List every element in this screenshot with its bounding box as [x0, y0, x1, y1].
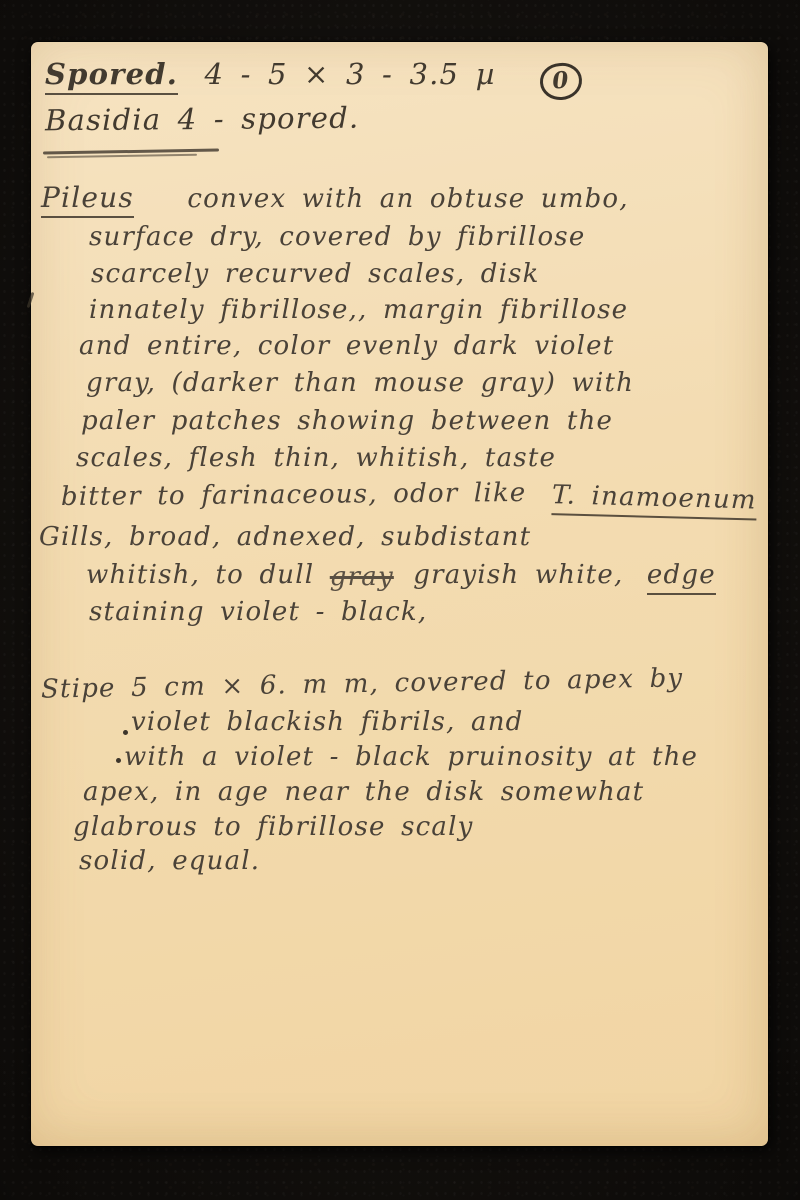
- gills-text-2c-underlined: edge: [647, 561, 716, 595]
- stipe-text-3: with a violet - black pruinosity at the: [124, 743, 698, 773]
- stipe-line-1: Stipe 5 cm × 6. m m, covered to apex by: [41, 664, 684, 705]
- stipe-line-3: with a violet - black pruinosity at the: [124, 743, 698, 773]
- spore-measurement: 4 - 5 × 3 - 3.5 µ: [205, 58, 496, 91]
- stipe-text-1: Stipe 5 cm × 6. m m, covered to apex by: [41, 664, 684, 705]
- index-card: Spored. 4 - 5 × 3 - 3.5 µ 0 Basidia 4 - …: [31, 42, 768, 1146]
- stipe-text-6: solid, equal.: [79, 847, 260, 877]
- margin-mark: [27, 292, 35, 308]
- pileus-heading: Pileus: [41, 182, 134, 218]
- circled-zero-annotation: 0: [539, 61, 583, 101]
- stipe-text-5: glabrous to fibrillose scaly: [73, 813, 474, 843]
- basidia-line: Basidia 4 - spored.: [45, 102, 360, 138]
- stipe-line-2: violet blackish fibrils, and: [131, 708, 524, 738]
- pileus-text-6: gray, (darker than mouse gray) with: [86, 369, 634, 399]
- pileus-text-4: innately fibrillose,, margin fibrillose: [89, 296, 628, 326]
- pileus-line-1: Pileus convex with an obtuse umbo,: [41, 182, 629, 218]
- struck-out-word: gray: [330, 563, 394, 593]
- species-reference: T. inamoenum: [551, 481, 757, 520]
- spores-line: Spored. 4 - 5 × 3 - 3.5 µ 0: [45, 58, 582, 96]
- ink-dot-2: [116, 758, 121, 763]
- stipe-line-5: glabrous to fibrillose scaly: [73, 813, 474, 843]
- pileus-line-8: scales, flesh thin, whitish, taste: [76, 444, 556, 474]
- stipe-text-2: violet blackish fibrils, and: [131, 708, 524, 738]
- pileus-text-7: paler patches showing between the: [81, 407, 613, 437]
- pileus-line-6: gray, (darker than mouse gray) with: [86, 369, 634, 399]
- pileus-line-5: and entire, color evenly dark violet: [79, 332, 614, 362]
- gills-text-2a: whitish, to dull: [86, 561, 314, 591]
- gills-text-1: Gills, broad, adnexed, subdistant: [39, 523, 531, 553]
- stipe-line-6: solid, equal.: [79, 847, 260, 877]
- pileus-text-2: surface dry, covered by fibrillose: [89, 223, 585, 253]
- gills-line-3: staining violet - black,: [89, 598, 427, 628]
- stipe-line-4: apex, in age near the disk somewhat: [83, 778, 644, 808]
- basidia-text: Basidia 4 - spored.: [45, 102, 360, 138]
- pileus-text-3: scarcely recurved scales, disk: [91, 260, 540, 290]
- pileus-line-9: bitter to farinaceous, odor like T. inam…: [61, 477, 757, 517]
- pileus-text-1: convex with an obtuse umbo,: [187, 185, 628, 215]
- stipe-text-4: apex, in age near the disk somewhat: [83, 778, 644, 808]
- ink-dot: [123, 730, 128, 735]
- spores-label: Spored.: [45, 58, 178, 95]
- gills-line-1: Gills, broad, adnexed, subdistant: [39, 523, 531, 553]
- gills-line-2: whitish, to dull gray grayish white, edg…: [86, 561, 716, 595]
- pileus-line-2: surface dry, covered by fibrillose: [89, 223, 585, 253]
- gills-text-3: staining violet - black,: [89, 598, 427, 628]
- photo-background: Spored. 4 - 5 × 3 - 3.5 µ 0 Basidia 4 - …: [0, 0, 800, 1200]
- pileus-line-7: paler patches showing between the: [81, 407, 613, 437]
- pileus-text-8: scales, flesh thin, whitish, taste: [76, 444, 556, 474]
- underline-flourish-second: [47, 154, 197, 159]
- pileus-text-9: bitter to farinaceous, odor like: [61, 479, 527, 513]
- pileus-line-4: innately fibrillose,, margin fibrillose: [89, 296, 628, 326]
- pileus-text-5: and entire, color evenly dark violet: [79, 332, 614, 362]
- gills-text-2b: grayish white,: [413, 561, 623, 591]
- pileus-line-3: scarcely recurved scales, disk: [91, 260, 540, 290]
